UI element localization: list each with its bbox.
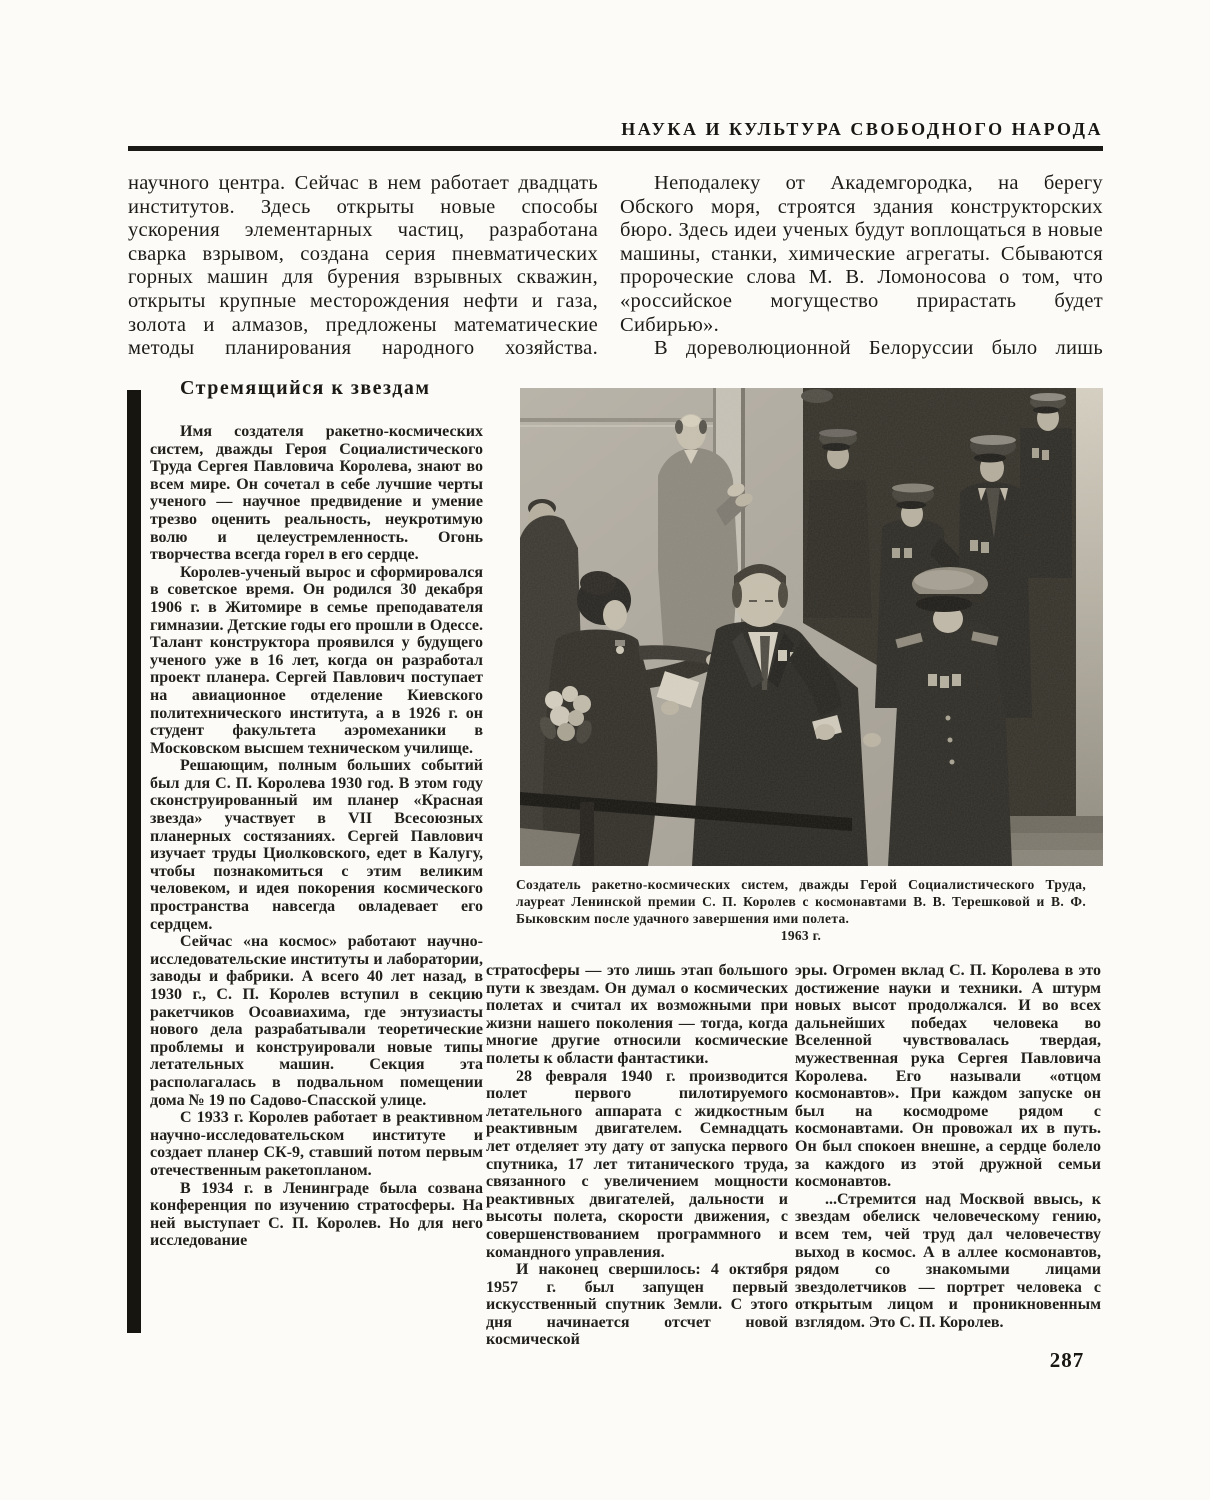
section-heading: Стремящийся к звездам <box>180 377 520 400</box>
paragraph: Королев-ученый вырос и сформировался в с… <box>150 564 483 758</box>
photo <box>520 388 1103 866</box>
photo-image <box>520 388 1103 866</box>
paragraph: эры. Огромен вклад С. П. Королева в это … <box>795 962 1101 1191</box>
paragraph: И наконец свершилось: 4 октября 1957 г. … <box>486 1261 788 1349</box>
photo-caption: Создатель ракетно-космических систем, дв… <box>516 876 1086 944</box>
caption-year: 1963 г. <box>516 927 1086 944</box>
paragraph: Сейчас «на космос» работают научно-иссле… <box>150 933 483 1109</box>
paragraph: стратосферы — это лишь этап большого пут… <box>486 962 788 1068</box>
article-left-column: Имя создателя ракетно-космических систем… <box>150 423 483 1250</box>
running-head: НАУКА И КУЛЬТУРА СВОБОДНОГО НАРОДА <box>128 119 1103 140</box>
paragraph: Решающим, полным больших событий был для… <box>150 757 483 933</box>
page-number: 287 <box>1022 1348 1112 1373</box>
paragraph: научного центра. Сейчас в нем работает д… <box>128 172 598 361</box>
header-rule <box>128 146 1103 151</box>
paragraph: С 1933 г. Королев работает в реактивном … <box>150 1109 483 1179</box>
section-rule <box>127 390 141 1333</box>
caption-text: Создатель ракетно-космических систем, дв… <box>516 876 1086 927</box>
paragraph: ...Стремится над Москвой ввысь, к звезда… <box>795 1191 1101 1332</box>
article-middle-column: стратосферы — это лишь этап большого пут… <box>486 962 788 1349</box>
paragraph: Имя создателя ракетно-космических систем… <box>150 423 483 564</box>
top-right-column: Неподалеку от Академгородка, на берегу О… <box>620 172 1103 361</box>
paragraph: 28 февраля 1940 г. производится полет пе… <box>486 1068 788 1262</box>
article-right-column: эры. Огромен вклад С. П. Королева в это … <box>795 962 1101 1331</box>
paragraph: Неподалеку от Академгородка, на берегу О… <box>620 172 1103 337</box>
top-left-column: научного центра. Сейчас в нем работает д… <box>128 172 598 361</box>
paragraph: В 1934 г. в Ленинграде была созвана конф… <box>150 1180 483 1250</box>
paragraph: В дореволюционной Белоруссии было лишь <box>620 337 1103 361</box>
scanned-book-page: НАУКА И КУЛЬТУРА СВОБОДНОГО НАРОДА научн… <box>0 0 1210 1500</box>
